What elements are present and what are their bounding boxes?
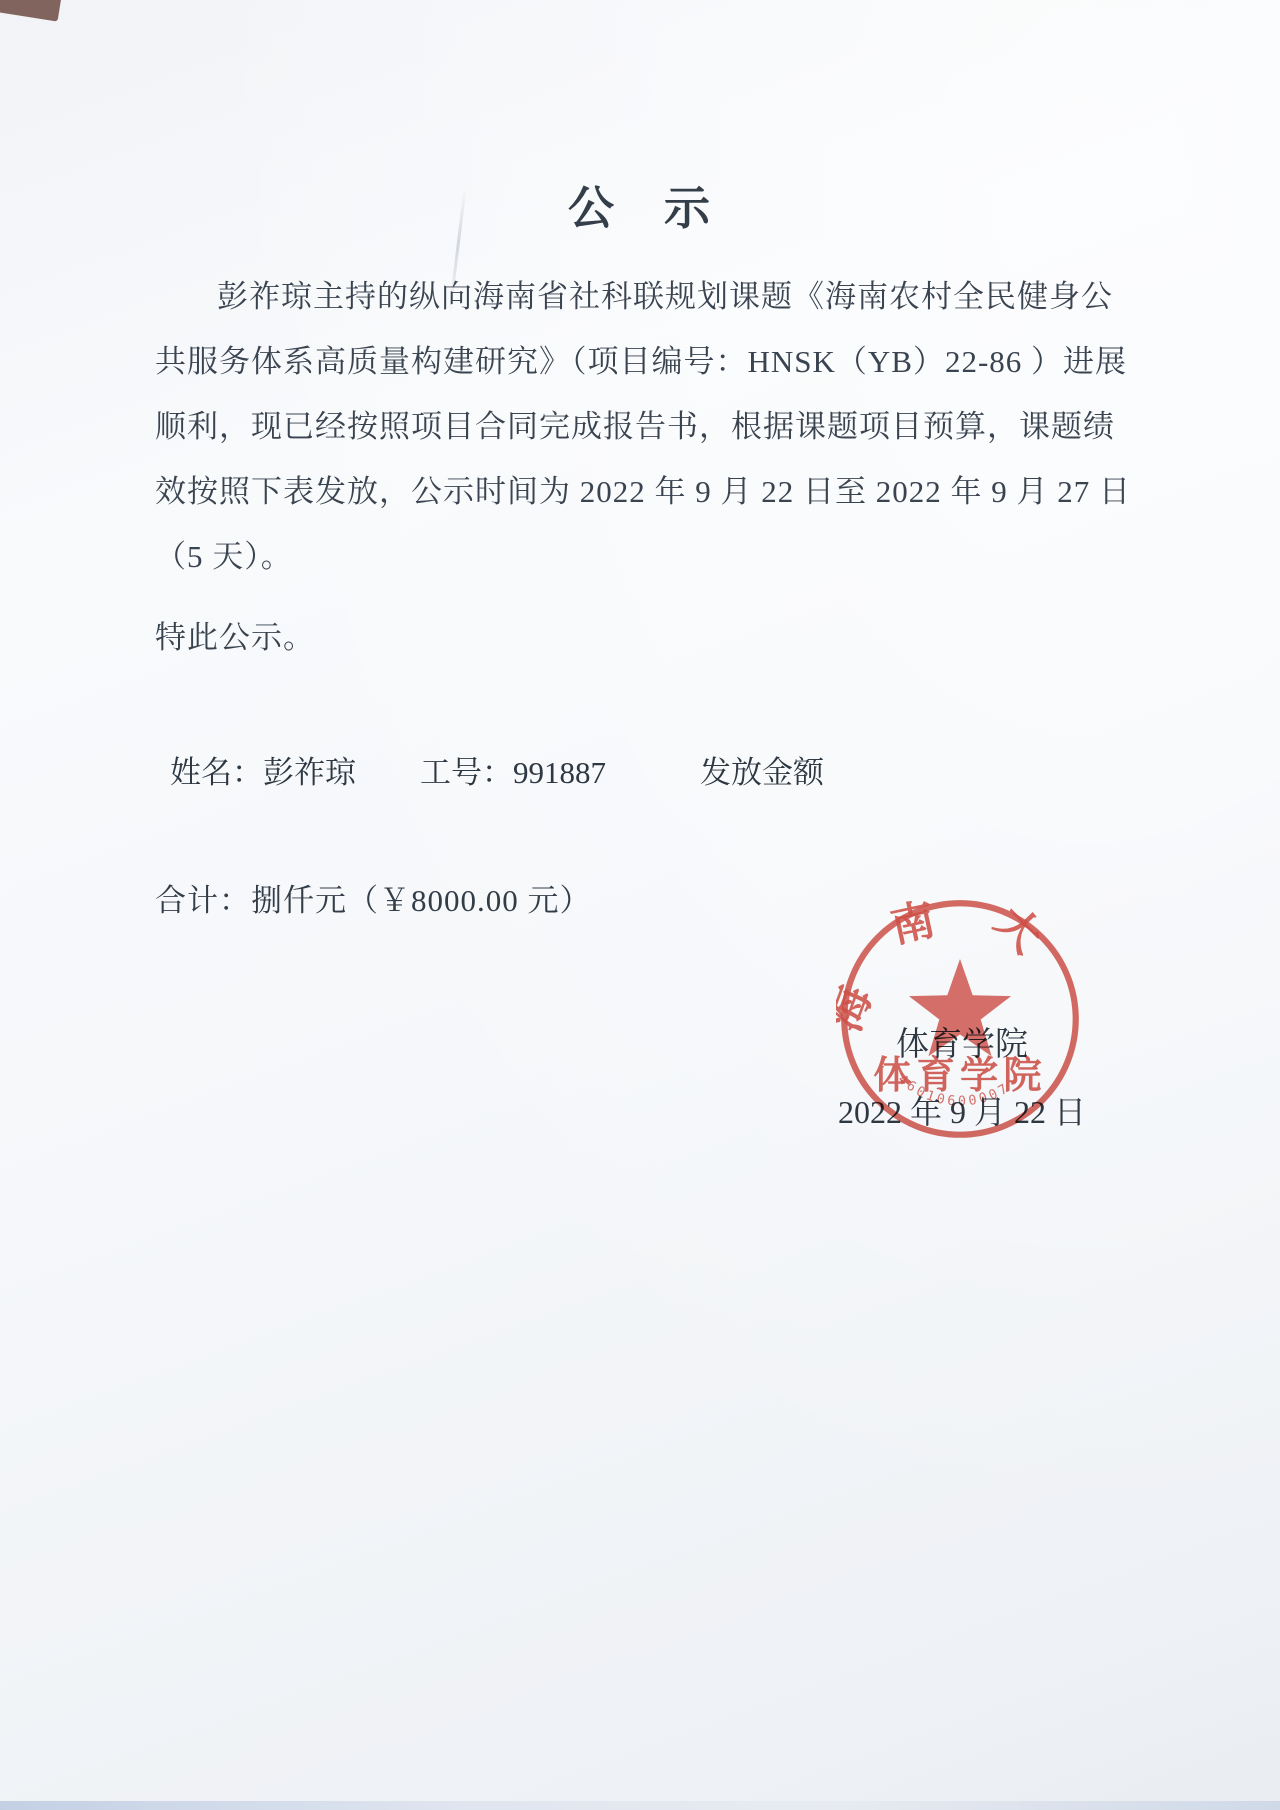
body-line: （5 天）。 xyxy=(155,524,1017,589)
body-line: 共服务体系高质量构建研究》（项目编号：HNSK（YB）22-86 ）进展 xyxy=(155,329,1017,394)
page-title: 公 示 xyxy=(0,172,1280,238)
body-line: 顺利，现已经按照项目合同完成报告书，根据课题项目预算，课题绩 xyxy=(155,394,1017,459)
body-line: 效按照下表发放，公示时间为 2022 年 9 月 22 日至 2022 年 9 … xyxy=(155,459,1017,524)
amount-header: 发放金额 xyxy=(700,747,824,792)
seal-inner-label: 体育学院 xyxy=(873,1054,1047,1097)
scan-corner-artifact xyxy=(0,0,62,22)
scan-bottom-edge-artifact xyxy=(0,1801,1280,1810)
total-amount: 合计：捌仟元（￥8000.00 元） xyxy=(155,875,592,920)
closing-statement: 特此公示。 xyxy=(155,612,315,657)
recipient-name: 姓名：彭祚琼 xyxy=(170,747,356,792)
body-line: 彭祚琼主持的纵向海南省社科联规划课题《海南农村全民健身公 xyxy=(155,264,1017,329)
notice-body: 彭祚琼主持的纵向海南省社科联规划课题《海南农村全民健身公 共服务体系高质量构建研… xyxy=(155,264,1017,589)
official-red-seal: 海南大学 体育学院 46010600007 xyxy=(836,896,1084,1144)
recipient-employee-id: 工号：991887 xyxy=(420,747,606,792)
scanned-notice-page: 公 示 彭祚琼主持的纵向海南省社科联规划课题《海南农村全民健身公 共服务体系高质… xyxy=(0,0,1280,1810)
seal-star-icon xyxy=(909,959,1011,1056)
seal-graphic: 海南大学 体育学院 46010600007 xyxy=(836,896,1084,1144)
